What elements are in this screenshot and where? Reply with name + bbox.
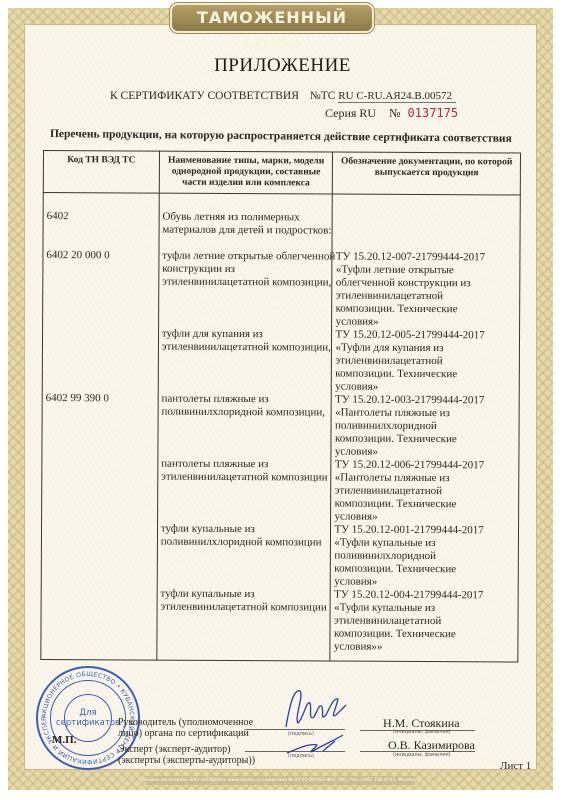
doc-cell: ТУ 15.20.12-003-21799444-2017«Пантолеты … bbox=[335, 394, 485, 460]
cert-prefix: К СЕРТИФИКАТУ СООТВЕТСТВИЯ bbox=[110, 90, 299, 102]
name-cell: туфли купальные изэтиленвинилацетатной к… bbox=[160, 588, 326, 615]
code-cell: 6402 bbox=[47, 210, 69, 223]
page-title: ПРИЛОЖЕНИЕ bbox=[0, 55, 565, 77]
doc-column: ТУ 15.20.12-007-21799444-2017«Туфли летн… bbox=[330, 194, 520, 662]
table-header-row: Код ТН ВЭД ТС Наименование типы, марки, … bbox=[43, 151, 520, 195]
name-cell: пантолеты пляжные изэтиленвинилацетатной… bbox=[161, 458, 327, 485]
sheet-number: Лист 1 bbox=[500, 760, 531, 772]
head-signature bbox=[280, 683, 350, 733]
name-cell: пантолеты пляжные изполивинилхлоридной к… bbox=[161, 393, 325, 420]
name-cell: туфли для купания изэтиленвинилацетатной… bbox=[162, 328, 331, 355]
doc-cell: ТУ 15.20.12-005-21799444-2017«Туфли для … bbox=[335, 329, 485, 395]
name-column: Обувь летняя из полимерныхматериалов для… bbox=[157, 193, 333, 661]
name-cell: Обувь летняя из полимерныхматериалов для… bbox=[162, 211, 331, 238]
expert-signature bbox=[283, 733, 353, 758]
doc-cell: ТУ 15.20.12-004-21799444-2017«Туфли купа… bbox=[334, 589, 484, 655]
doc-cell: ТУ 15.20.12-007-21799444-2017«Туфли летн… bbox=[336, 251, 486, 330]
series-label: Серия bbox=[325, 106, 356, 120]
name-cell: туфли летние открытые облегченнойконстру… bbox=[162, 250, 335, 290]
customs-union-banner: ТАМОЖЕННЫЙ СОЮЗ bbox=[170, 3, 374, 33]
serial-no-label: № bbox=[389, 106, 400, 120]
printer-imprint: Бланк изготовлен ЗАО «ОПЦИОН» www.opcion… bbox=[145, 776, 415, 785]
code-cell: 6402 20 000 0 bbox=[46, 249, 109, 262]
cert-number: RU C-RU.АЯ24.В.00572 bbox=[338, 90, 456, 103]
head-label-2: лицо) органа по сертификации bbox=[118, 728, 249, 739]
expert-label-2: (эксперты (эксперты-аудиторы)) bbox=[118, 755, 255, 766]
expert-label-1: Эксперт (эксперт-аудитор) bbox=[118, 744, 231, 755]
head-label-1: Руководитель (уполномоченное bbox=[118, 717, 253, 728]
doc-cell: ТУ 15.20.12-006-21799444-2017«Пантолеты … bbox=[335, 459, 485, 525]
doc-cell: ТУ 15.20.12-001-21799444-2017«Туфли купа… bbox=[334, 524, 484, 590]
series-line: Серия RU № 0137175 bbox=[325, 106, 458, 121]
head-initials-caption: (инициалы, фамилия) bbox=[393, 729, 451, 735]
name-cell: туфли купальные изполивинилхлоридной ком… bbox=[161, 523, 322, 550]
table-row: 64026402 20 000 06402 99 390 0 Обувь лет… bbox=[41, 193, 520, 662]
expert-name: О.В. Казимирова bbox=[388, 738, 475, 753]
code-column: 64026402 20 000 06402 99 390 0 bbox=[41, 193, 159, 661]
cert-no-label: №ТС bbox=[310, 90, 336, 102]
header-name: Наименование типы, марки, модели однород… bbox=[159, 151, 333, 194]
header-doc: Обозначение документации, по которой вып… bbox=[333, 152, 521, 195]
header-code: Код ТН ВЭД ТС bbox=[43, 151, 159, 194]
products-table: Код ТН ВЭД ТС Наименование типы, марки, … bbox=[40, 150, 521, 662]
certificate-reference: К СЕРТИФИКАТУ СООТВЕТСТВИЯ №ТС RU C-RU.А… bbox=[110, 90, 456, 102]
serial-number: 0137175 bbox=[408, 106, 459, 120]
seal-place-label: М.П. bbox=[52, 734, 76, 746]
series-value: RU bbox=[359, 106, 376, 120]
expert-initials-caption: (инициалы, фамилия) bbox=[393, 752, 451, 758]
code-cell: 6402 99 390 0 bbox=[46, 392, 109, 405]
